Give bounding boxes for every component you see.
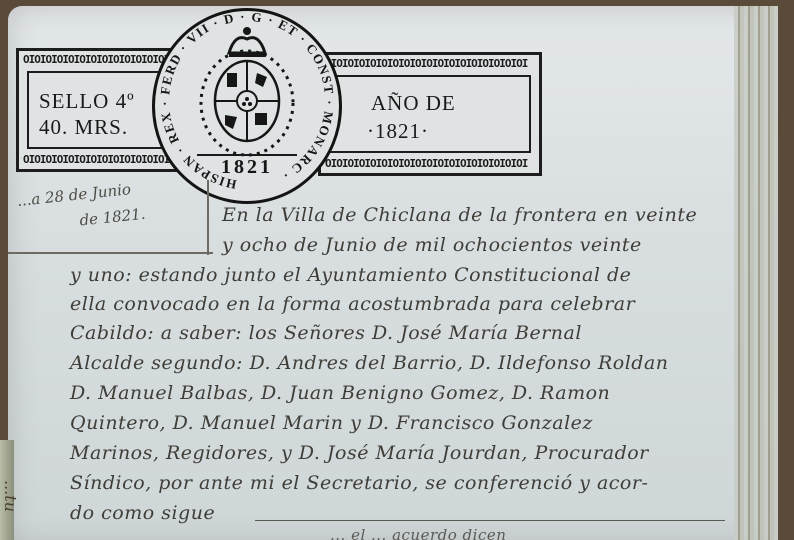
adjacent-page-fragment: ...tu <box>0 440 14 540</box>
handwritten-line: y uno: estando junto el Ayuntamiento Con… <box>70 264 631 286</box>
handwritten-line: ella convocado en la forma acostumbrada … <box>70 293 635 315</box>
stamp-sello-label: SELLO 4º <box>39 89 135 113</box>
stamp-right-panel: OIOIOIOIOIOIOIOIOIOIOIOIOIOIOIOIOIOI AÑO… <box>318 52 542 176</box>
handwritten-line: y ocho de Junio de mil ochocientos veint… <box>222 234 642 256</box>
handwritten-line: Síndico, por ante mi el Secretario, se c… <box>70 472 648 494</box>
handwritten-line: En la Villa de Chiclana de la frontera e… <box>222 204 697 226</box>
stamp-border-pattern: OIOIOIOIOIOIOIOIOIOIOIOIOIOIOIOIOIOI <box>325 58 535 70</box>
stamp-year-value: ·1821· <box>367 119 429 143</box>
handwritten-line: Quintero, D. Manuel Marin y D. Francisco… <box>70 412 593 434</box>
handwritten-line: do como sigue <box>70 502 215 524</box>
handwritten-line: Alcalde segundo: D. Andres del Barrio, D… <box>70 352 669 374</box>
adjacent-page-text: ...tu <box>1 480 20 512</box>
closing-rule <box>255 520 725 521</box>
stamp-price-label: 40. MRS. <box>39 115 128 139</box>
page-edges <box>734 6 778 540</box>
stamp-border-pattern: OIOIOIOIOIOIOIOIOIOIOIOIOIOIOIOIOIOI <box>325 158 535 170</box>
handwritten-line: D. Manuel Balbas, D. Juan Benigno Gomez,… <box>70 382 610 404</box>
handwritten-line: Cabildo: a saber: los Señores D. José Ma… <box>70 322 582 344</box>
margin-rule <box>207 180 209 255</box>
margin-rule <box>8 252 213 254</box>
stamp-year-label: AÑO DE <box>371 91 456 115</box>
handwritten-line-partial: ... el ... acuerdo dicen <box>330 526 506 540</box>
handwritten-line: Marinos, Regidores, y D. José María Jour… <box>70 442 649 464</box>
